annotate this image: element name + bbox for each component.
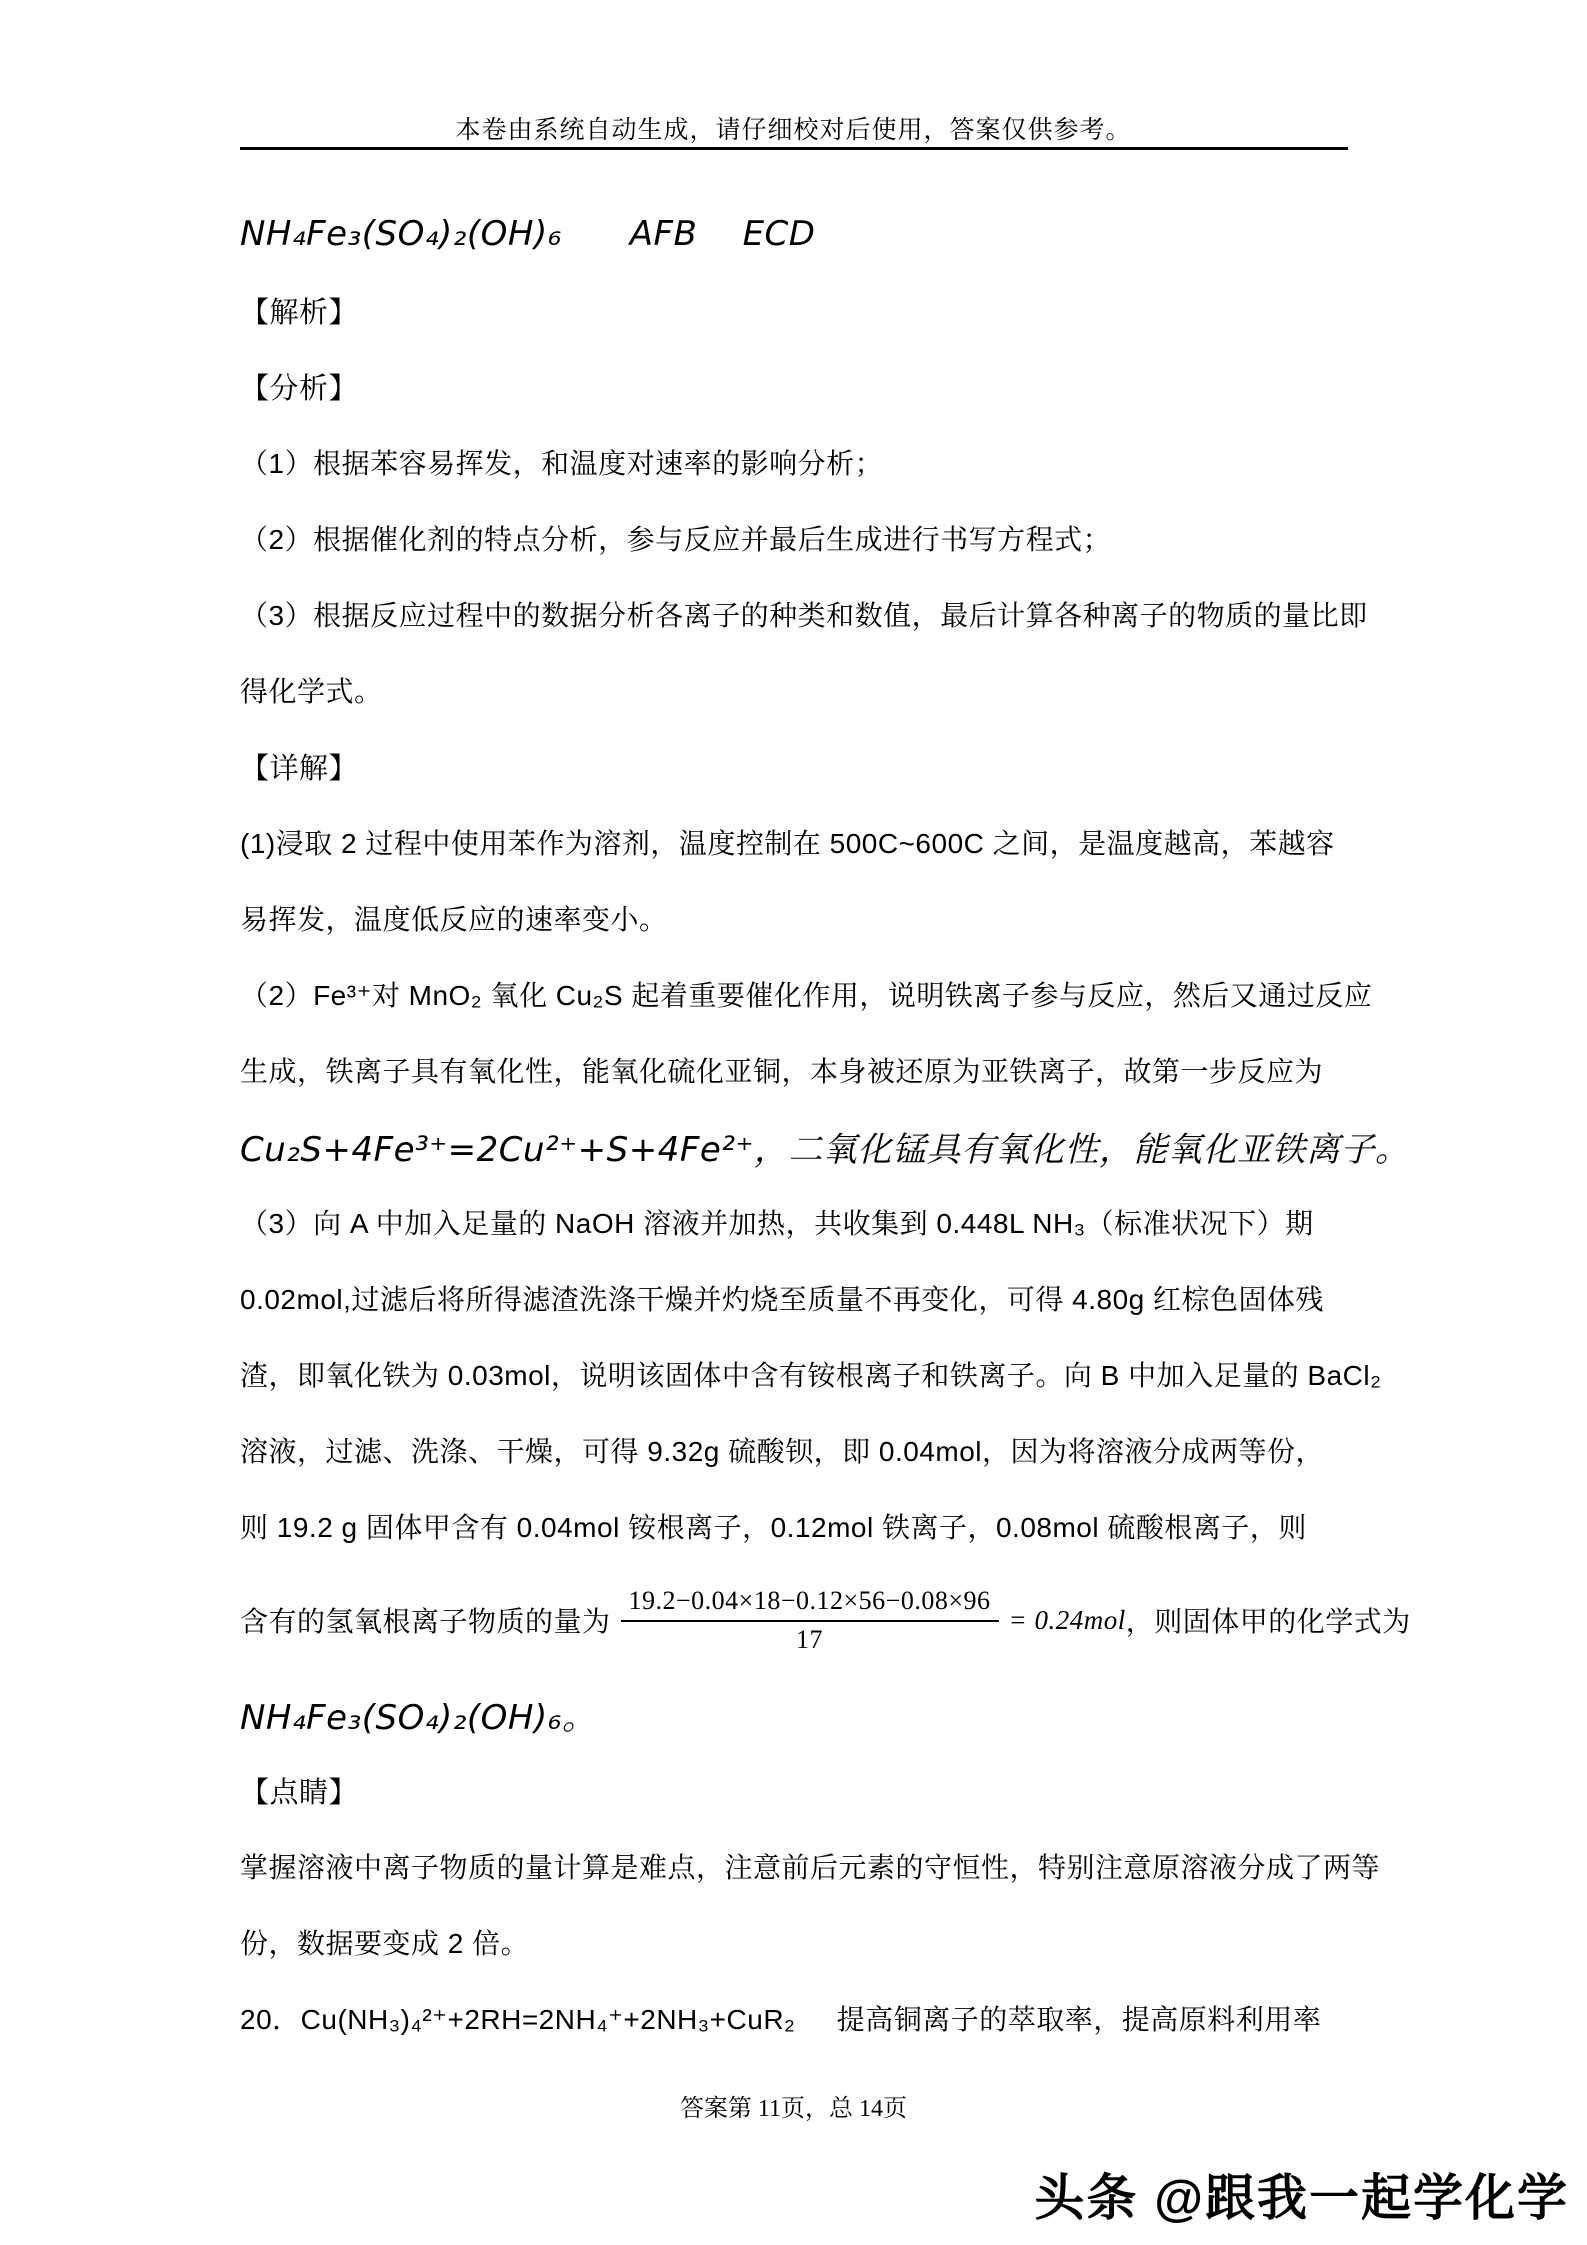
analysis-point-3-cont: 得化学式。: [240, 652, 1390, 728]
keypoint-line-2: 份，数据要变成 2 倍。: [240, 1904, 1390, 1980]
detail-3-line-4: 溶液，过滤、洗涤、干燥，可得 9.32g 硫酸钡，即 0.04mol，因为将溶液…: [240, 1412, 1390, 1488]
detail-3-line-5: 则 19.2 g 固体甲含有 0.04mol 铵根离子，0.12mol 铁离子，…: [240, 1488, 1390, 1564]
fraction-numerator: 19.2−0.04×18−0.12×56−0.08×96: [621, 1585, 999, 1621]
detail-3-line-3: 渣，即氧化铁为 0.03mol，说明该固体中含有铵根离子和铁离子。向 B 中加入…: [240, 1336, 1390, 1412]
answer-formula-line: NH₄Fe₃(SO₄)₂(OH)₆ AFB ECD: [240, 196, 1390, 272]
document-body: NH₄Fe₃(SO₄)₂(OH)₆ AFB ECD【解析】【分析】（1）根据苯容…: [240, 196, 1390, 2056]
detail-3-line-2: 0.02mol,过滤后将所得滤渣洗涤干燥并灼烧至质量不再变化，可得 4.80g …: [240, 1260, 1390, 1336]
detail-2-line-1: （2）Fe³⁺对 MnO₂ 氧化 Cu₂S 起着重要催化作用，说明铁离子参与反应…: [240, 956, 1390, 1032]
document-page: 本卷由系统自动生成，请仔细校对后使用，答案仅供参考。 NH₄Fe₃(SO₄)₂(…: [0, 0, 1587, 2245]
final-formula-line: NH₄Fe₃(SO₄)₂(OH)₆。: [240, 1676, 1390, 1752]
section-label-detail: 【详解】: [240, 728, 1390, 804]
watermark: 头条 @跟我一起学化学: [1034, 2158, 1569, 2230]
detail-1-line-2: 易挥发，温度低反应的速率变小。: [240, 880, 1390, 956]
fraction-prefix: 含有的氢氧根离子物质的量为: [240, 1600, 611, 1640]
detail-2-line-2: 生成，铁离子具有氧化性，能氧化硫化亚铜，本身被还原为亚铁离子，故第一步反应为: [240, 1032, 1390, 1108]
detail-3-line-1: （3）向 A 中加入足量的 NaOH 溶液并加热，共收集到 0.448L NH₃…: [240, 1184, 1390, 1260]
detail-2-equation: Cu₂S+4Fe³⁺=2Cu²⁺+S+4Fe²⁺，二氧化锰具有氧化性，能氧化亚铁…: [240, 1108, 1390, 1184]
fraction-denominator: 17: [796, 1622, 823, 1655]
page-number-footer: 答案第 11页，总 14页: [0, 2088, 1587, 2123]
auto-generated-notice: 本卷由系统自动生成，请仔细校对后使用，答案仅供参考。: [0, 110, 1587, 146]
section-label-analysis: 【分析】: [240, 348, 1390, 424]
fraction-result: = 0.24mol: [1009, 1605, 1126, 1636]
keypoint-line-1: 掌握溶液中离子物质的量计算是难点，注意前后元素的守恒性，特别注意原溶液分成了两等: [240, 1828, 1390, 1904]
section-label-keypoint: 【点睛】: [240, 1752, 1390, 1828]
fraction: 19.2−0.04×18−0.12×56−0.08×9617: [621, 1585, 999, 1654]
hydroxide-calculation-line: 含有的氢氧根离子物质的量为19.2−0.04×18−0.12×56−0.08×9…: [240, 1564, 1390, 1676]
fraction-suffix: ，则固体甲的化学式为: [1126, 1600, 1411, 1640]
detail-1-line-1: (1)浸取 2 过程中使用苯作为溶剂，温度控制在 500C~600C 之间，是温…: [240, 804, 1390, 880]
header-divider: [240, 147, 1348, 150]
analysis-point-2: （2）根据催化剂的特点分析，参与反应并最后生成进行书写方程式；: [240, 500, 1390, 576]
question-20-answer: 20．Cu(NH₃)₄²⁺+2RH=2NH₄⁺+2NH₃+CuR₂ 提高铜离子的…: [240, 1980, 1390, 2056]
section-label-analysis-header: 【解析】: [240, 272, 1390, 348]
analysis-point-1: （1）根据苯容易挥发，和温度对速率的影响分析；: [240, 424, 1390, 500]
analysis-point-3: （3）根据反应过程中的数据分析各离子的种类和数值，最后计算各种离子的物质的量比即: [240, 576, 1390, 652]
